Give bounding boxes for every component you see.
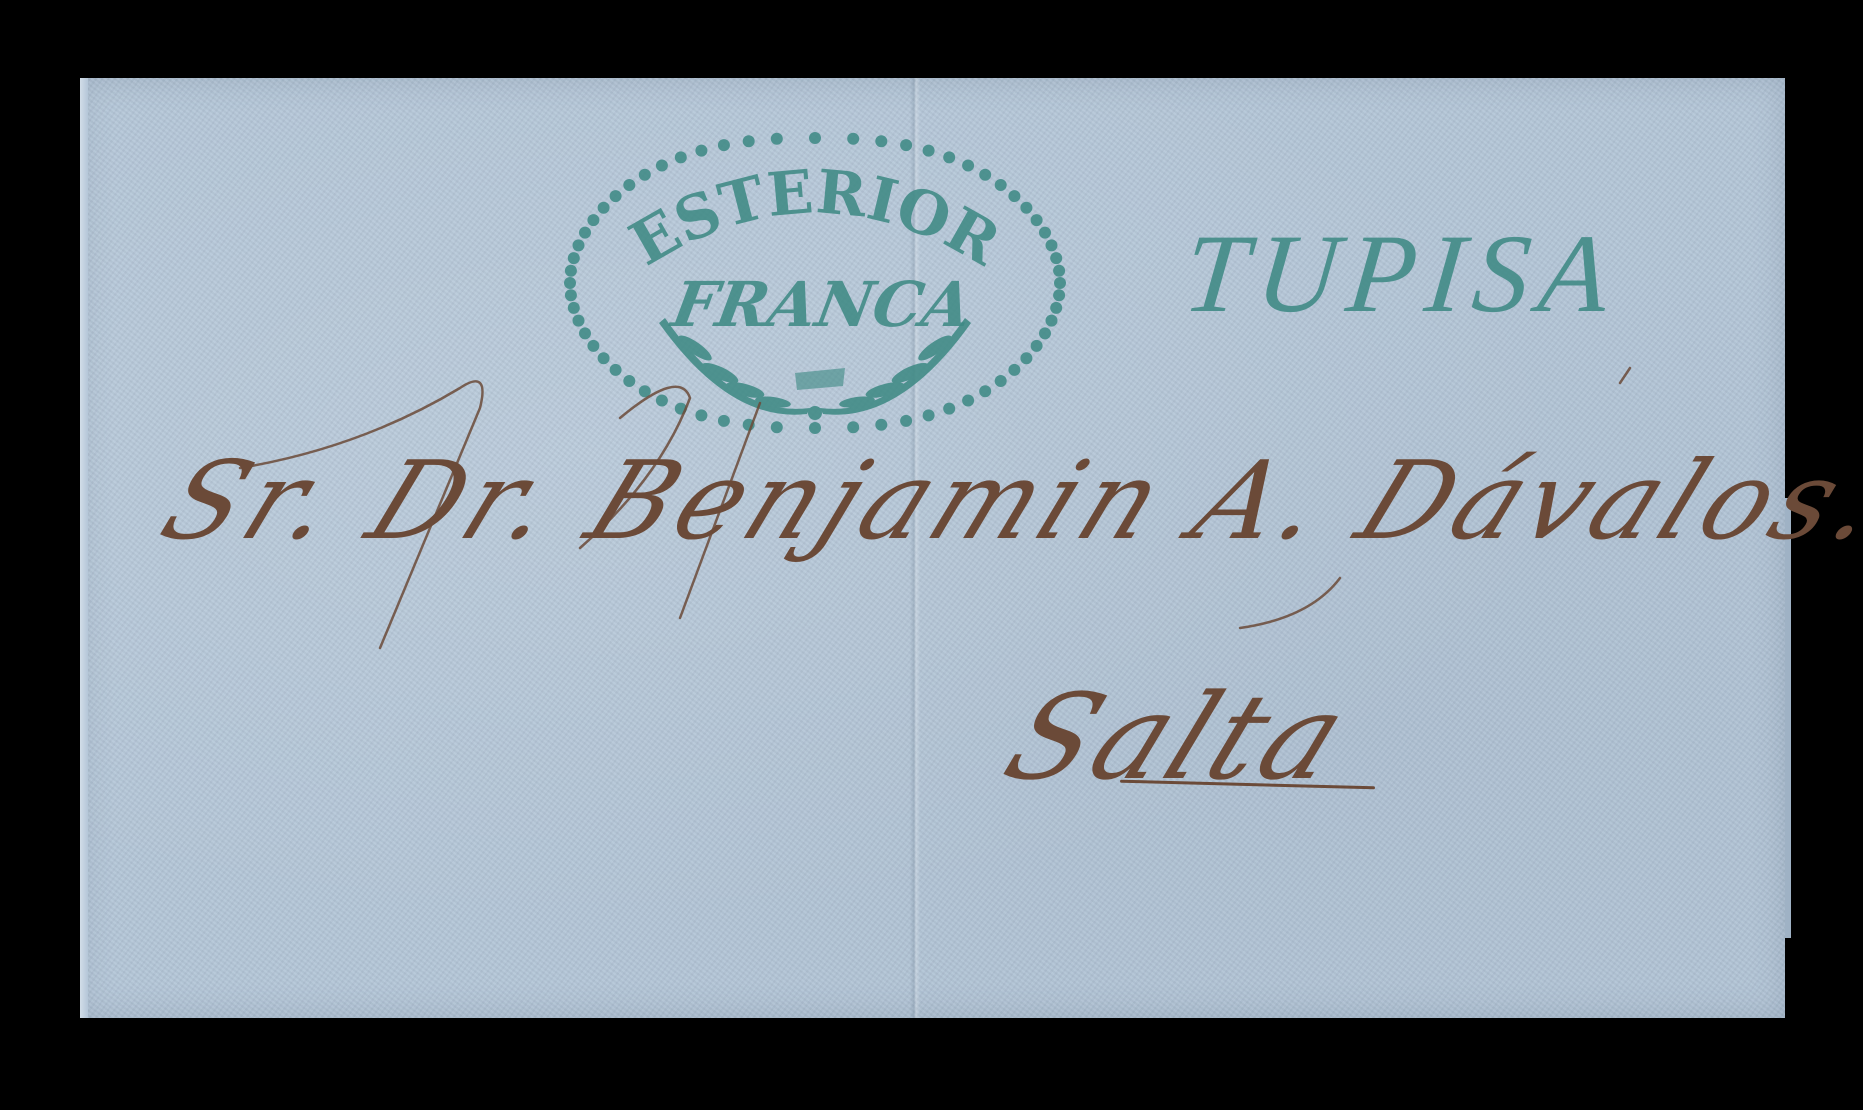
stamp-top-text: ESTERIOR [619,157,1012,280]
destination-city: Salta [991,678,1365,796]
stamp-bottom-text: FRANCA [665,267,978,340]
postal-cover: ESTERIOR FRANCA TUPISA [80,78,1785,1018]
oval-handstamp-graphic: ESTERIOR FRANCA [545,118,1085,438]
cover-left-edge [80,78,88,1018]
tupisa-postmark: TUPISA [1179,218,1624,330]
addressee-name: Sr. Dr. Benjamin A. Dávalos. [148,448,1863,556]
cover-right-edge [1785,498,1791,938]
esterior-franca-handstamp: ESTERIOR FRANCA [545,118,1085,438]
